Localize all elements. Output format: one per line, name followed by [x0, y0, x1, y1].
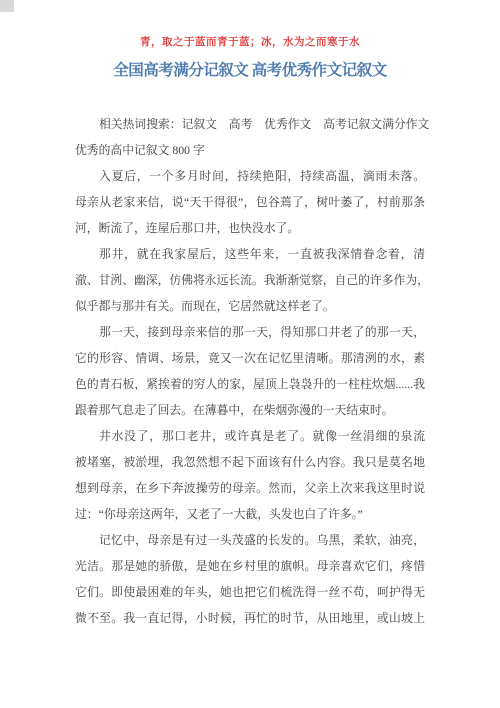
essay-body: 相关热词搜索：记叙文 高考 优秀作文 高考记叙文满分作文优秀的高中记叙文 800… [75, 111, 425, 631]
text-line: 那井，就在我家屋后，这些年来，一直被我深情眷念着，清 [75, 241, 425, 267]
scan-artifact [0, 0, 14, 12]
text-line: 河，断流了，连屋后那口井，也快没水了。 [75, 215, 425, 241]
text-line: 井水没了，那口老井，或许真是老了。就像一丝涓细的泉流 [75, 423, 425, 449]
text-line: 似乎都与那井有关。而现在，它居然就这样老了。 [75, 293, 425, 319]
text-line: 光洁。那是她的骄傲，是她在乡村里的旗帜。母亲喜欢它们，疼惜 [75, 553, 425, 579]
text-line: 那一天，接到母亲来信的那一天，得知那口井老了的那一天， [75, 319, 425, 345]
page-motto: 青，取之于蓝而青于蓝；冰，水为之而寒于水 [0, 36, 500, 49]
paragraph: 相关热词搜索：记叙文 高考 优秀作文 高考记叙文满分作文优秀的高中记叙文 800… [75, 111, 425, 163]
paragraph: 井水没了，那口老井，或许真是老了。就像一丝涓细的泉流被堵塞，被淤埋，我忽然想不起… [75, 423, 425, 527]
paragraph: 入夏后，一个多月时间，持续艳阳，持续高温，滴雨未落。母亲从老家来信，说“天干得很… [75, 163, 425, 241]
text-line: 它们。即使最困难的年头，她也把它们梳洗得一丝不苟，呵护得无 [75, 579, 425, 605]
text-line: 母亲从老家来信，说“天干得很”，包谷蔫了，树叶萎了，村前那条 [75, 189, 425, 215]
text-line: 想到母亲，在乡下奔波操劳的母亲。然而，父亲上次来我这里时说 [75, 475, 425, 501]
text-line: 优秀的高中记叙文 800 字 [75, 137, 425, 163]
text-line: 它的形容、情调、场景，竟又一次在记忆里清晰。那清洌的水，素 [75, 345, 425, 371]
document-page: 青，取之于蓝而青于蓝；冰，水为之而寒于水 全国高考满分记叙文 高考优秀作文记叙文… [0, 0, 500, 708]
text-line: 被堵塞，被淤埋，我忽然想不起下面该有什么内容。我只是莫名地 [75, 449, 425, 475]
text-line: 色的青石板，紧挨着的穷人的家，屋顶上袅袅升的一柱柱炊烟......我 [75, 371, 425, 397]
paragraph: 那一天，接到母亲来信的那一天，得知那口井老了的那一天，它的形容、情调、场景，竟又… [75, 319, 425, 423]
text-line: 记忆中，母亲是有过一头茂盛的长发的。乌黑，柔软，油亮， [75, 527, 425, 553]
page-title: 全国高考满分记叙文 高考优秀作文记叙文 [0, 60, 500, 81]
paragraph: 记忆中，母亲是有过一头茂盛的长发的。乌黑，柔软，油亮，光洁。那是她的骄傲，是她在… [75, 527, 425, 631]
text-line: 入夏后，一个多月时间，持续艳阳，持续高温，滴雨未落。 [75, 163, 425, 189]
text-line: 澈、甘洌、幽深，仿佛将永远长流。我渐渐觉察，自己的许多作为， [75, 267, 425, 293]
paragraph: 那井，就在我家屋后，这些年来，一直被我深情眷念着，清澈、甘洌、幽深，仿佛将永远长… [75, 241, 425, 319]
text-line: 跟着那气息走了回去。在薄暮中，在柴烟弥漫的一天结束时。 [75, 397, 425, 423]
text-line: 相关热词搜索：记叙文 高考 优秀作文 高考记叙文满分作文 [75, 111, 425, 137]
text-line: 微不至。我一直记得，小时候，再忙的时节，从田地里，或山坡上 [75, 605, 425, 631]
text-line: 过：“你母亲这两年，又老了一大截，头发也白了许多。” [75, 501, 425, 527]
